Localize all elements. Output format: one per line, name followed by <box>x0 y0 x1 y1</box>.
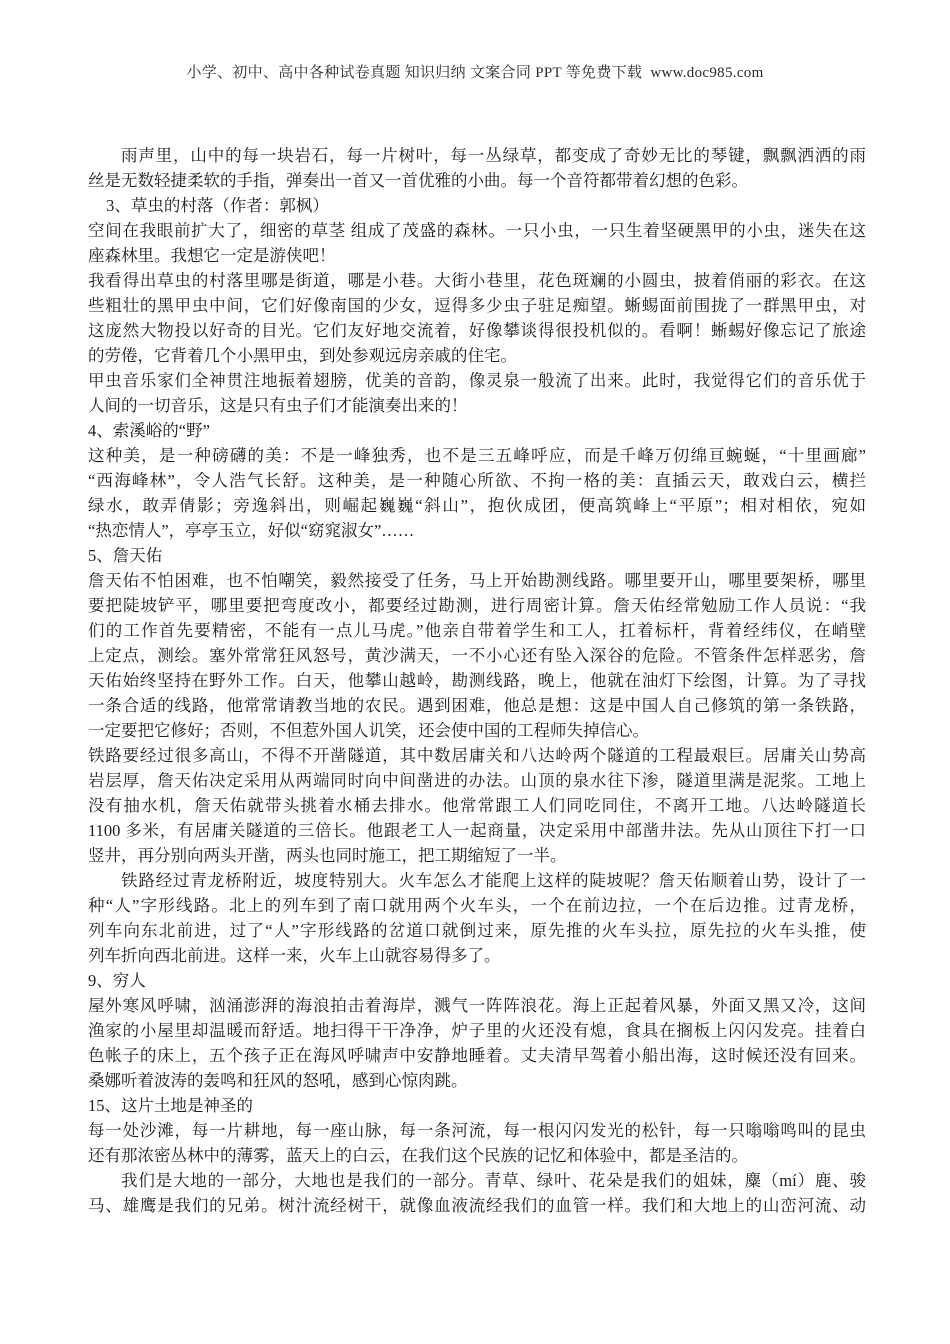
text-line: 一定要把它修好；否则，不但惹外国人讥笑，还会使中国的工程师失掉信心。 <box>88 718 866 743</box>
document-body: 雨声里，山中的每一块岩石，每一片树叶，每一丛绿草，都变成了奇妙无比的琴键，飘飘洒… <box>88 143 866 1218</box>
text-line: 些粗壮的黑甲虫中间，它们好像南国的少女，逗得多少虫子驻足痴望。蜥蜴面前围拢了一群… <box>88 293 866 318</box>
text-line: 要把陡坡铲平，哪里要把弯度改小，都要经过勘测，进行周密计算。詹天佑经常勉励工作人… <box>88 593 866 618</box>
text-line: 一条合适的线路，他常常请教当地的农民。遇到困难，他总是想：这是中国人自己修筑的第… <box>88 693 866 718</box>
text-line: 种“人”字形线路。北上的列车到了南口就用两个火车头，一个在前边拉，一个在后边推。… <box>88 893 866 918</box>
text-line: 屋外寒风呼啸，汹涌澎湃的海浪拍击着海岸，溅气一阵阵浪花。海上正起着风暴，外面又黑… <box>88 993 866 1018</box>
paragraph: 这种美，是一种磅礴的美：不是一峰独秀，也不是三五峰呼应，而是千峰万仞绵亘蜿蜒，“… <box>88 443 866 543</box>
paragraph: 每一处沙滩，每一片耕地，每一座山脉，每一条河流，每一根闪闪发光的松针，每一只嗡嗡… <box>88 1118 866 1168</box>
text-line: 丝是无数轻捷柔软的手指，弹奏出一首又一首优雅的小曲。每一个音符都带着幻想的色彩。 <box>88 168 866 193</box>
paragraph: 詹天佑不怕困难，也不怕嘲笑，毅然接受了任务，马上开始勘测线路。哪里要开山，哪里要… <box>88 568 866 743</box>
paragraph: 铁路要经过很多高山，不得不开凿隧道，其中数居庸关和八达岭两个隧道的工程最艰巨。居… <box>88 743 866 868</box>
text-line: 这庞然大物投以好奇的目光。它们友好地交流着，好像攀谈得很投机似的。看啊！蜥蜴好像… <box>88 318 866 343</box>
text-line: “热恋情人”，亭亭玉立，好似“窈窕淑女”…… <box>88 518 866 543</box>
text-line: 还有那浓密丛林中的薄雾，蓝天上的白云，在我们这个民族的记忆和体验中，都是圣洁的。 <box>88 1143 866 1168</box>
paragraph: 铁路经过青龙桥附近，坡度特别大。火车怎么才能爬上这样的陡坡呢？詹天佑顺着山势，设… <box>88 868 866 968</box>
text-line: 詹天佑不怕困难，也不怕嘲笑，毅然接受了任务，马上开始勘测线路。哪里要开山，哪里要… <box>88 568 866 593</box>
text-line: 人间的一切音乐，这是只有虫子们才能演奏出来的！ <box>88 393 866 418</box>
text-line: 岩层厚，詹天佑决定采用从两端同时向中间凿进的办法。山顶的泉水往下渗，隧道里满是泥… <box>88 768 866 793</box>
text-line: 我们是大地的一部分，大地也是我们的一部分。青草、绿叶、花朵是我们的姐妹，麋（mí… <box>88 1168 866 1193</box>
paragraph: 15、这片土地是神圣的 <box>88 1093 866 1118</box>
text-line: 桑娜听着波涛的轰鸣和狂风的怒吼，感到心惊肉跳。 <box>88 1068 866 1093</box>
text-line: 没有抽水机，詹天佑就带头挑着水桶去排水。他常常跟工人们同吃同住，不离开工地。八达… <box>88 793 866 818</box>
text-line: 的劳倦，它背着几个小黑甲虫，到处参观远房亲戚的住宅。 <box>88 343 866 368</box>
text-line: 上定点，测绘。塞外常常狂风怒号，黄沙满天，一不小心还有坠入深谷的危险。不管条件怎… <box>88 643 866 668</box>
paragraph: 甲虫音乐家们全神贯注地振着翅膀，优美的音韵，像灵泉一般流了出来。此时，我觉得它们… <box>88 368 866 418</box>
text-line: 5、詹天佑 <box>88 543 866 568</box>
text-line: 9、穷人 <box>88 968 866 993</box>
text-line: 马、雄鹰是我们的兄弟。树汁流经树干，就像血液流经我们的血管一样。我们和大地上的山… <box>88 1193 866 1218</box>
paragraph: 雨声里，山中的每一块岩石，每一片树叶，每一丛绿草，都变成了奇妙无比的琴键，飘飘洒… <box>88 143 866 193</box>
text-line: 渔家的小屋里却温暖而舒适。地扫得干干净净，炉子里的火还没有熄，食具在搁板上闪闪发… <box>88 1018 866 1043</box>
text-line: 铁路经过青龙桥附近，坡度特别大。火车怎么才能爬上这样的陡坡呢？詹天佑顺着山势，设… <box>88 868 866 893</box>
text-line: 15、这片土地是神圣的 <box>88 1093 866 1118</box>
paragraph: 4、索溪峪的“野” <box>88 418 866 443</box>
text-line: 3、草虫的村落（作者：郭枫） <box>88 193 866 218</box>
text-line: 列车向东北前进，过了“人”字形线路的岔道口就倒过来，原先推的火车头拉，原先拉的火… <box>88 918 866 943</box>
text-line: 甲虫音乐家们全神贯注地振着翅膀，优美的音韵，像灵泉一般流了出来。此时，我觉得它们… <box>88 368 866 393</box>
text-line: 列车折向西北前进。这样一来，火车上山就容易得多了。 <box>88 943 866 968</box>
text-line: “西海峰林”，令人浩气长舒。这种美，是一种随心所欲、不拘一格的美：直插云天，敢戏… <box>88 468 866 493</box>
text-line: 1100 多米，有居庸关隧道的三倍长。他跟老工人一起商量，决定采用中部凿井法。先… <box>88 818 866 843</box>
paragraph: 3、草虫的村落（作者：郭枫） <box>88 193 866 218</box>
paragraph: 空间在我眼前扩大了，细密的草茎 组成了茂盛的森林。一只小虫，一只生着坚硬黑甲的小… <box>88 218 866 268</box>
text-line: 竖井，再分别向两头开凿，两头也同时施工，把工期缩短了一半。 <box>88 843 866 868</box>
paragraph: 5、詹天佑 <box>88 543 866 568</box>
paragraph: 屋外寒风呼啸，汹涌澎湃的海浪拍击着海岸，溅气一阵阵浪花。海上正起着风暴，外面又黑… <box>88 993 866 1093</box>
text-line: 这种美，是一种磅礴的美：不是一峰独秀，也不是三五峰呼应，而是千峰万仞绵亘蜿蜒，“… <box>88 443 866 468</box>
paragraph: 9、穷人 <box>88 968 866 993</box>
text-line: 空间在我眼前扩大了，细密的草茎 组成了茂盛的森林。一只小虫，一只生着坚硬黑甲的小… <box>88 218 866 243</box>
watermark-header: 小学、初中、高中各种试卷真题 知识归纳 文案合同 PPT 等免费下载 www.d… <box>0 61 950 82</box>
text-line: 每一处沙滩，每一片耕地，每一座山脉，每一条河流，每一根闪闪发光的松针，每一只嗡嗡… <box>88 1118 866 1143</box>
page: 小学、初中、高中各种试卷真题 知识归纳 文案合同 PPT 等免费下载 www.d… <box>0 0 950 1344</box>
text-line: 座森林里。我想它一定是游侠吧！ <box>88 243 866 268</box>
text-line: 绿水，敢弄倩影；旁逸斜出，则崛起巍巍“斜山”，抱伙成团，便高筑峰上“平原”；相对… <box>88 493 866 518</box>
paragraph: 我看得出草虫的村落里哪是街道，哪是小巷。大街小巷里，花色斑斓的小圆虫，披着俏丽的… <box>88 268 866 368</box>
text-line: 雨声里，山中的每一块岩石，每一片树叶，每一丛绿草，都变成了奇妙无比的琴键，飘飘洒… <box>88 143 866 168</box>
text-line: 4、索溪峪的“野” <box>88 418 866 443</box>
paragraph: 我们是大地的一部分，大地也是我们的一部分。青草、绿叶、花朵是我们的姐妹，麋（mí… <box>88 1168 866 1218</box>
text-line: 铁路要经过很多高山，不得不开凿隧道，其中数居庸关和八达岭两个隧道的工程最艰巨。居… <box>88 743 866 768</box>
text-line: 天佑始终坚持在野外工作。白天，他攀山越岭，勘测线路，晚上，他就在油灯下绘图，计算… <box>88 668 866 693</box>
text-line: 我看得出草虫的村落里哪是街道，哪是小巷。大街小巷里，花色斑斓的小圆虫，披着俏丽的… <box>88 268 866 293</box>
text-line: 色帐子的床上，五个孩子正在海风呼啸声中安静地睡着。丈夫清早驾着小船出海，这时候还… <box>88 1043 866 1068</box>
text-line: 们的工作首先要精密，不能有一点儿马虎。”他亲自带着学生和工人，扛着标杆，背着经纬… <box>88 618 866 643</box>
